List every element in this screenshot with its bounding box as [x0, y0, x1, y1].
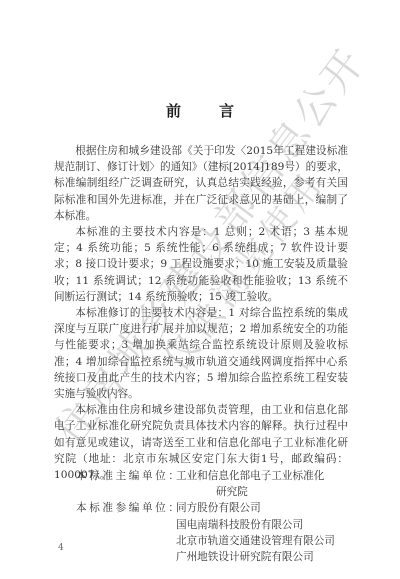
chief-unit-value: 工业和信息化部电子工业标准化 — [176, 468, 354, 484]
paragraph-main-contents: 本标准的主要技术内容是：1 总则；2 术语；3 基本规定；4 系统功能；5 系统… — [54, 224, 348, 305]
participating-unit: 国电南瑞科技股份有限公司 — [176, 517, 354, 533]
page-number: 4 — [58, 543, 64, 553]
page-title: 前言 — [0, 100, 400, 121]
paragraph-basis: 根据住房和城乡建设部《关于印发〈2015年工程建设标准规范制订、修订计划〉的通知… — [54, 143, 348, 224]
participating-unit: 同方股份有限公司 — [176, 500, 354, 516]
paragraph-revision-contents: 本标准修订的主要技术内容是：1 对综合监控系统的集成深度与互联广度进行扩展并加以… — [54, 305, 348, 402]
participating-unit: 北京市轨道交通建设管理有限公司 — [176, 533, 354, 549]
participating-unit: 广州地铁设计研究院有限公司 — [176, 549, 354, 565]
drafting-units: 本标准主编单位： 工业和信息化部电子工业标准化 研究院 本标准参编单位： 同方股… — [54, 468, 354, 565]
participating-units-row: 本标准参编单位： 同方股份有限公司 国电南瑞科技股份有限公司 北京市轨道交通建设… — [54, 500, 354, 565]
chief-unit-label: 本标准主编单位： — [54, 468, 176, 500]
participating-units-label: 本标准参编单位： — [54, 500, 176, 565]
document-page: 前言 根据住房和城乡建设部《关于印发〈2015年工程建设标准规范制订、修订计划〉… — [0, 0, 400, 579]
title-char-1: 前 — [166, 100, 181, 121]
body-text: 根据住房和城乡建设部《关于印发〈2015年工程建设标准规范制订、修订计划〉的通知… — [54, 143, 348, 483]
chief-unit-row: 本标准主编单位： 工业和信息化部电子工业标准化 研究院 — [54, 468, 354, 500]
chief-unit-value: 研究院 — [176, 484, 354, 500]
title-char-2: 言 — [219, 100, 234, 121]
